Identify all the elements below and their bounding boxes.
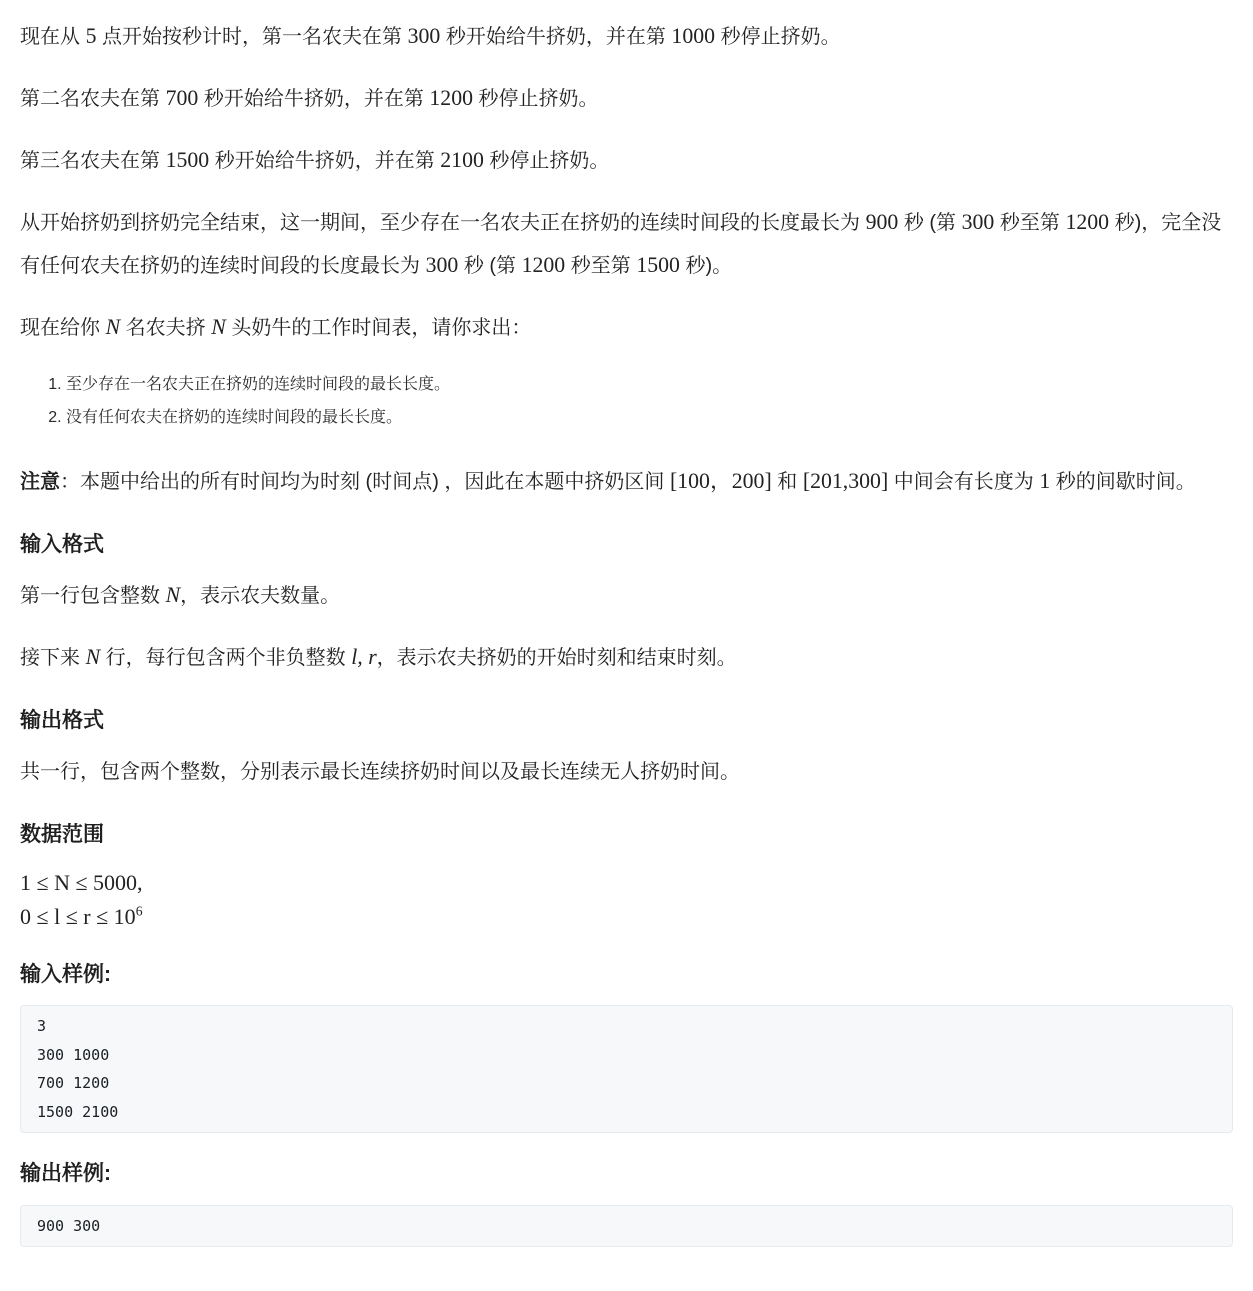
output-sample-heading: 输出样例:: [20, 1159, 1233, 1188]
math-variable-N: N: [106, 315, 121, 339]
task-list-item-2: 没有任何农夫在挤奶的连续时间段的最长长度。: [66, 402, 1233, 435]
math-variable-lr: l, r: [351, 645, 376, 669]
math-variable-N: N: [166, 583, 181, 607]
output-sample-code-block: 900 300: [20, 1205, 1233, 1248]
math-variable-N: N: [54, 870, 70, 895]
text-run: ，表示农夫数量。: [180, 585, 340, 607]
data-range-constraints: 1 ≤ N ≤ 5000, 0 ≤ l ≤ r ≤ 106: [20, 866, 1233, 934]
math-number: 1500: [166, 148, 210, 172]
math-exponent: 6: [136, 904, 143, 919]
text-run: 秒停止挤奶。: [484, 150, 610, 172]
task-list-item-1: 至少存在一名农夫正在挤奶的连续时间段的最长长度。: [66, 369, 1233, 402]
constraint-line-2: 0 ≤ l ≤ r ≤ 106: [20, 900, 1233, 934]
text-run: 秒至第: [565, 255, 636, 277]
input-sample-heading: 输入样例:: [20, 960, 1233, 989]
math-number: 5: [86, 24, 97, 48]
statement-paragraph-1: 现在从 5 点开始按秒计时，第一名农夫在第 300 秒开始给牛挤奶，并在第 10…: [20, 16, 1233, 59]
math-number: 300: [426, 253, 459, 277]
text-run: 秒停止挤奶。: [715, 26, 841, 48]
math-number: 700: [166, 86, 199, 110]
text-run: 点开始按秒计时，第一名农夫在第: [96, 26, 407, 48]
math-number: 1000: [671, 24, 715, 48]
math-number: 1200: [429, 86, 473, 110]
math-run: ≤: [60, 904, 83, 929]
input-format-heading: 输入格式: [20, 530, 1233, 559]
input-sample-code-block: 3 300 1000 700 1200 1500 2100: [20, 1005, 1233, 1133]
text-run: 现在给你: [20, 317, 106, 339]
math-interval: [100，200]: [670, 469, 772, 493]
math-number: 1500: [636, 253, 680, 277]
note-paragraph: 注意：本题中给出的所有时间均为时刻 (时间点) ，因此在本题中挤奶区间 [100…: [20, 461, 1233, 504]
math-variable-r: r: [83, 904, 90, 929]
text-run: 第一行包含整数: [20, 585, 166, 607]
text-run: 行，每行包含两个非负整数: [100, 647, 351, 669]
text-run: 共一行，包含两个整数，分别表示最长连续挤奶时间以及最长连续无人挤奶时间。: [20, 761, 740, 783]
math-number: 2100: [440, 148, 484, 172]
math-run: 1 ≤: [20, 870, 54, 895]
math-number: 900: [866, 210, 899, 234]
math-run: 0 ≤: [20, 904, 54, 929]
text-run: 接下来: [20, 647, 86, 669]
task-text: 至少存在一名农夫正在挤奶的连续时间段的最长长度。: [66, 376, 450, 393]
text-run: 名农夫挤: [120, 317, 211, 339]
statement-paragraph-2: 第二名农夫在第 700 秒开始给牛挤奶，并在第 1200 秒停止挤奶。: [20, 78, 1233, 121]
data-range-heading: 数据范围: [20, 820, 1233, 849]
text-run: 秒的间歇时间。: [1050, 471, 1196, 493]
text-run: 秒开始给牛挤奶，并在第: [440, 26, 671, 48]
input-format-paragraph-2: 接下来 N 行，每行包含两个非负整数 l, r，表示农夫挤奶的开始时刻和结束时刻…: [20, 637, 1233, 680]
note-label: 注意: [20, 471, 60, 493]
statement-paragraph-4: 从开始挤奶到挤奶完全结束，这一期间，至少存在一名农夫正在挤奶的连续时间段的长度最…: [20, 202, 1233, 288]
math-run: ≤ 10: [91, 904, 136, 929]
statement-paragraph-3: 第三名农夫在第 1500 秒开始给牛挤奶，并在第 2100 秒停止挤奶。: [20, 140, 1233, 183]
statement-paragraph-5: 现在给你 N 名农夫挤 N 头奶牛的工作时间表，请你求出：: [20, 307, 1233, 350]
text-run: 秒至第: [994, 212, 1065, 234]
text-run: 头奶牛的工作时间表，请你求出：: [226, 317, 532, 339]
text-run: ：本题中给出的所有时间均为时刻 (时间点) ，因此在本题中挤奶区间: [60, 471, 670, 493]
math-variable-N: N: [86, 645, 101, 669]
math-variable-N: N: [211, 315, 226, 339]
math-number: 1: [1039, 469, 1050, 493]
math-interval: [201,300]: [803, 469, 888, 493]
math-number: 1200: [522, 253, 566, 277]
task-text: 没有任何农夫在挤奶的连续时间段的最长长度。: [66, 409, 402, 426]
text-run: 秒)。: [680, 255, 732, 277]
text-run: 秒 (第: [458, 255, 521, 277]
math-run: ≤ 5000,: [70, 870, 143, 895]
input-format-paragraph-1: 第一行包含整数 N，表示农夫数量。: [20, 575, 1233, 618]
text-run: 从开始挤奶到挤奶完全结束，这一期间，至少存在一名农夫正在挤奶的连续时间段的长度最…: [20, 212, 866, 234]
constraint-line-1: 1 ≤ N ≤ 5000,: [20, 866, 1233, 900]
text-run: 秒 (第: [898, 212, 961, 234]
text-run: 现在从: [20, 26, 86, 48]
text-run: 秒停止挤奶。: [473, 88, 599, 110]
output-format-heading: 输出格式: [20, 706, 1233, 735]
text-run: 第三名农夫在第: [20, 150, 166, 172]
output-format-paragraph: 共一行，包含两个整数，分别表示最长连续挤奶时间以及最长连续无人挤奶时间。: [20, 751, 1233, 794]
text-run: 秒开始给牛挤奶，并在第: [209, 150, 440, 172]
problem-statement-document: 现在从 5 点开始按秒计时，第一名农夫在第 300 秒开始给牛挤奶，并在第 10…: [20, 16, 1233, 1247]
math-number: 300: [408, 24, 441, 48]
task-list: 至少存在一名农夫正在挤奶的连续时间段的最长长度。 没有任何农夫在挤奶的连续时间段…: [20, 369, 1233, 435]
math-number: 300: [962, 210, 995, 234]
text-run: 第二名农夫在第: [20, 88, 166, 110]
text-run: 秒开始给牛挤奶，并在第: [198, 88, 429, 110]
text-run: 中间会有长度为: [888, 471, 1039, 493]
text-run: ，表示农夫挤奶的开始时刻和结束时刻。: [377, 647, 737, 669]
math-number: 1200: [1065, 210, 1109, 234]
text-run: 和: [772, 471, 803, 493]
